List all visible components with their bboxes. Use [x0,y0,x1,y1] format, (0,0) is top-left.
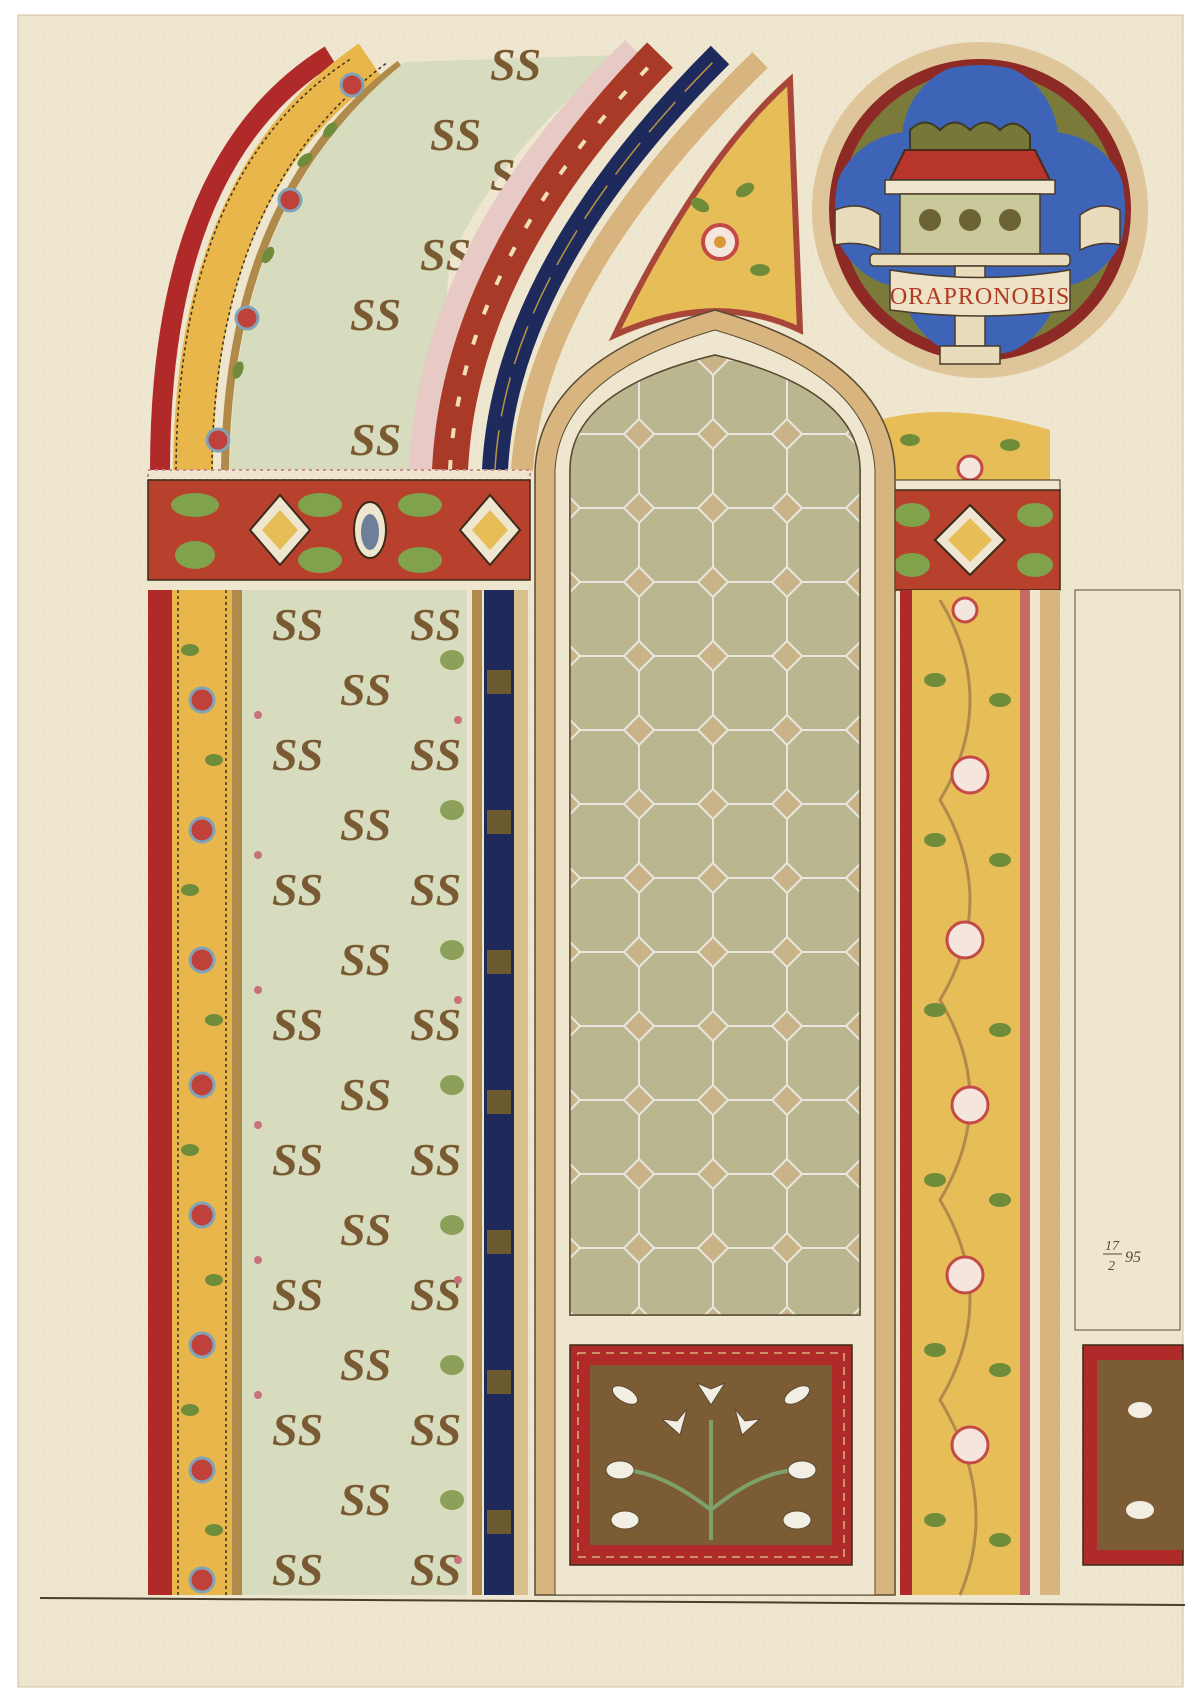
svg-text:SS: SS [340,1474,391,1525]
navy-stencil-strip [472,590,528,1595]
svg-text:95: 95 [1125,1249,1141,1266]
svg-text:SS: SS [410,729,461,780]
svg-text:SS: SS [272,599,323,650]
svg-text:SS: SS [272,1544,323,1595]
svg-text:SS: SS [272,864,323,915]
svg-text:SS: SS [350,414,401,465]
svg-text:17: 17 [1105,1239,1120,1254]
svg-text:SS: SS [430,109,481,160]
svg-text:SS: SS [410,864,461,915]
svg-text:SS: SS [410,1134,461,1185]
sage-monogram-panel: SS SS SS SS SS SS SS SS SS SS SS SS SS S… [242,590,467,1595]
svg-text:SS: SS [272,1134,323,1185]
svg-text:SS: SS [410,1269,461,1320]
svg-text:SS: SS [410,1404,461,1455]
svg-text:SS: SS [272,999,323,1050]
svg-text:SS: SS [340,1069,391,1120]
vine-frieze-right [890,480,1060,590]
svg-text:SS: SS [410,599,461,650]
vine-frieze-left [148,470,530,580]
svg-text:SS: SS [490,39,541,90]
left-rose-pilaster [148,590,242,1595]
svg-text:SS: SS [410,1544,461,1595]
svg-text:SS: SS [340,934,391,985]
watercolour-sheet: SS SS SS SS SS SS SS [0,0,1200,1702]
svg-text:SS: SS [272,1404,323,1455]
svg-text:SS: SS [340,1204,391,1255]
right-rose-pilaster [900,590,1060,1595]
svg-text:SS: SS [340,664,391,715]
right-edge-panels [1075,590,1183,1565]
svg-text:2: 2 [1108,1259,1115,1274]
svg-text:SS: SS [272,1269,323,1320]
svg-text:SS: SS [272,729,323,780]
lily-panel-center [570,1345,852,1565]
scroll-inscription: ORAPRONOBIS [890,284,1070,310]
svg-text:SS: SS [350,289,401,340]
svg-text:SS: SS [340,1339,391,1390]
roundel-medallion: ORAPRONOBIS [812,42,1148,378]
svg-text:SS: SS [410,999,461,1050]
svg-text:SS: SS [340,799,391,850]
